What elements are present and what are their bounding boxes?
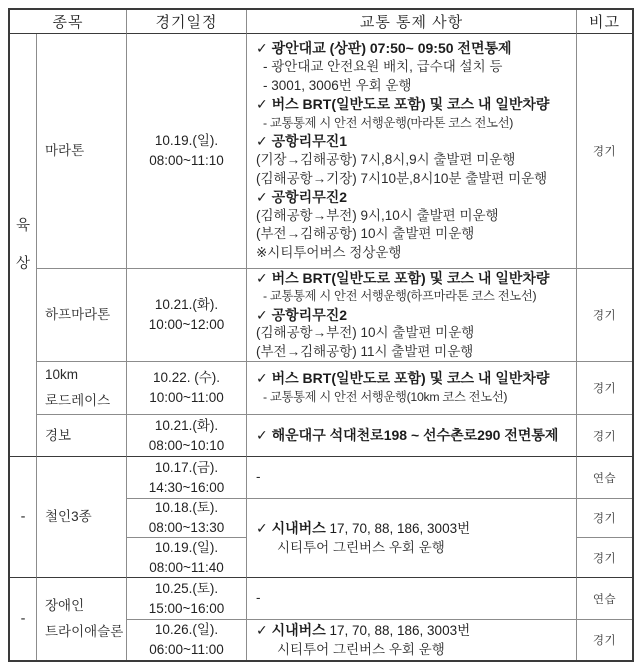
traffic-line: (부전→김해공항) 11시 출발편 미운행 (256, 343, 574, 362)
remark-tri-day1: 경기 (577, 499, 632, 538)
header-traffic-column: 교통 통제 사항 (247, 10, 577, 34)
header-event-column: 종목 (10, 10, 127, 34)
event-marathon: 마라톤 (37, 34, 127, 269)
traffic-line: ✓ 시내버스 17, 70, 88, 186, 3003번 (256, 621, 574, 641)
remark-race-walk: 경기 (577, 415, 632, 457)
remark-para-race: 경기 (577, 620, 632, 660)
traffic-line: ✓ 시내버스 17, 70, 88, 186, 3003번 (256, 519, 574, 539)
traffic-line: 시티투어 그린버스 우회 운행 (256, 539, 574, 558)
traffic-line: ✓ 버스 BRT(일반도로 포함) 및 코스 내 일반차량 (256, 269, 574, 287)
event-para-triathlon: 장애인 트라이애슬론 (37, 578, 127, 660)
traffic-line: ✓ 공항리무진2 (256, 188, 574, 207)
remark-tri-day2: 경기 (577, 538, 632, 578)
schedule-tri-day2: 10.19.(일). 08:00~11:40 (127, 538, 247, 578)
traffic-line: ✓ 공항리무진1 (256, 132, 574, 151)
remark-para-practice: 연습 (577, 578, 632, 620)
remark-10km: 경기 (577, 362, 632, 415)
header-remark-column: 비고 (577, 10, 632, 34)
event-half-marathon: 하프마라톤 (37, 269, 127, 362)
traffic-line: - 3001, 3006번 우회 운행 (256, 77, 574, 96)
traffic-tri-practice: - (247, 457, 577, 499)
schedule-marathon: 10.19.(일). 08:00~11:10 (127, 34, 247, 269)
schedule-para-practice: 10.25.(토). 15:00~16:00 (127, 578, 247, 620)
schedule-para-race: 10.26.(일). 06:00~11:00 (127, 620, 247, 660)
traffic-line: - 광안대교 안전요원 배치, 급수대 설치 등 (256, 58, 574, 77)
event-race-walk: 경보 (37, 415, 127, 457)
traffic-para-race: ✓ 시내버스 17, 70, 88, 186, 3003번시티투어 그린버스 우… (247, 620, 577, 660)
traffic-line: - 교통통제 시 안전 서행운행(하프마라톤 코스 전노선) (256, 287, 574, 306)
traffic-half-marathon: ✓ 버스 BRT(일반도로 포함) 및 코스 내 일반차량- 교통통제 시 안전… (247, 269, 577, 362)
remark-tri-practice: 연습 (577, 457, 632, 499)
traffic-line: ✓ 광안대교 (상판) 07:50~ 09:50 전면통제 (256, 39, 574, 58)
group-athletics: 육 상 (10, 34, 37, 457)
group-para-dash: - (10, 578, 37, 660)
traffic-control-table: 종목 경기일정 교통 통제 사항 비고 육 상 - - 마라톤 하프마라톤 10… (8, 8, 634, 662)
traffic-line: - 교통통제 시 안전 서행운행(마라톤 코스 전노선) (256, 114, 574, 133)
traffic-line: - (256, 468, 574, 487)
traffic-line: ※시티투어버스 정상운행 (256, 244, 574, 263)
traffic-race-walk: ✓ 해운대구 석대천로198 ~ 선수촌로290 전면통제 (247, 415, 577, 457)
traffic-line: (부전→김해공항) 10시 출발편 미운행 (256, 225, 574, 244)
traffic-line: - 교통통제 시 안전 서행운행(10km 코스 전노선) (256, 388, 574, 407)
traffic-para-practice: - (247, 578, 577, 620)
schedule-10km: 10.22. (수). 10:00~11:00 (127, 362, 247, 415)
schedule-tri-practice: 10.17.(금). 14:30~16:00 (127, 457, 247, 499)
traffic-tri-race: ✓ 시내버스 17, 70, 88, 186, 3003번시티투어 그린버스 우… (247, 499, 577, 578)
traffic-line: ✓ 해운대구 석대천로198 ~ 선수촌로290 전면통제 (256, 426, 574, 445)
traffic-line: ✓ 버스 BRT(일반도로 포함) 및 코스 내 일반차량 (256, 369, 574, 388)
traffic-line: (김해공항→부전) 10시 출발편 미운행 (256, 324, 574, 343)
schedule-race-walk: 10.21.(화). 08:00~10:10 (127, 415, 247, 457)
event-triathlon: 철인3종 (37, 457, 127, 578)
remark-marathon: 경기 (577, 34, 632, 269)
traffic-line: (김해공항→기장) 7시10분,8시10분 출발편 미운행 (256, 170, 574, 189)
remark-half-marathon: 경기 (577, 269, 632, 362)
traffic-line: ✓ 공항리무진2 (256, 306, 574, 325)
header-schedule-column: 경기일정 (127, 10, 247, 34)
traffic-line: 시티투어 그린버스 우회 운행 (256, 641, 574, 660)
event-10km-road-race: 10km 로드레이스 (37, 362, 127, 415)
traffic-line: (김해공항→부전) 9시,10시 출발편 미운행 (256, 207, 574, 226)
group-triathlon-dash: - (10, 457, 37, 578)
schedule-half-marathon: 10.21.(화). 10:00~12:00 (127, 269, 247, 362)
traffic-line: (기장→김해공항) 7시,8시,9시 출발편 미운행 (256, 151, 574, 170)
traffic-line: ✓ 버스 BRT(일반도로 포함) 및 코스 내 일반차량 (256, 95, 574, 114)
traffic-marathon: ✓ 광안대교 (상판) 07:50~ 09:50 전면통제- 광안대교 안전요원… (247, 34, 577, 269)
traffic-line: - (256, 589, 574, 608)
traffic-10km: ✓ 버스 BRT(일반도로 포함) 및 코스 내 일반차량- 교통통제 시 안전… (247, 362, 577, 415)
schedule-tri-day1: 10.18.(토). 08:00~13:30 (127, 499, 247, 538)
